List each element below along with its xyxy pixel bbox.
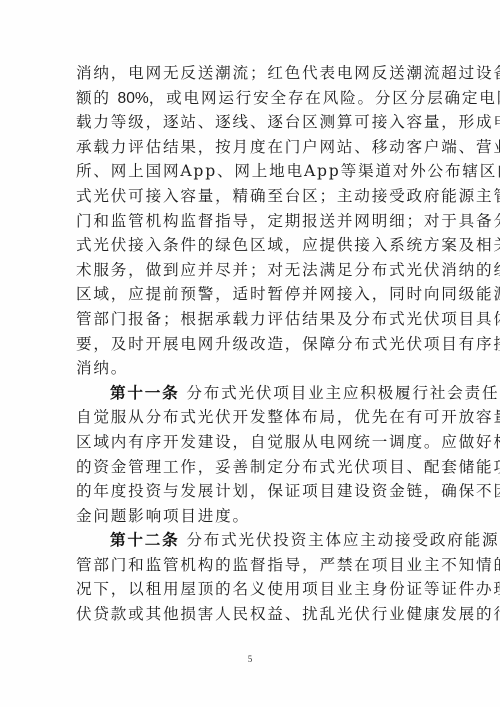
text-span: 额的 [76, 89, 118, 107]
article-12-heading: 第十二条 [110, 531, 180, 549]
text-line: 自觉服从分布式光伏开发整体布局，优先在有可开放容量的 [76, 405, 426, 430]
text-span: ，或电网运行安全存在风险。分区分层确定电网承 [149, 89, 500, 107]
text-line: 所、网上国网App、网上地电App等渠道对外公布辖区内分布 [76, 159, 426, 184]
text-line: 消纳。 [76, 356, 426, 381]
text-line: 门和监管机构监督指导，定期报送并网明细；对于具备分布 [76, 209, 426, 234]
text-span: 分布式光伏投资主体应主动接受政府能源主 [180, 531, 500, 549]
text-line: 管部门和监管机构的监督指导，严禁在项目业主不知情的情 [76, 553, 426, 578]
text-line: 区域，应提前预警，适时暂停并网接入，同时向同级能源主 [76, 282, 426, 307]
text-line: 式光伏接入条件的绿色区域，应提供接入系统方案及相关技 [76, 233, 426, 258]
article-11-first-line: 第十一条 分布式光伏项目业主应积极履行社会责任， [76, 381, 426, 406]
text-line: 伏贷款或其他损害人民权益、扰乱光伏行业健康发展的行为。 [76, 602, 426, 627]
text-line: 承载力评估结果，按月度在门户网站、移动客户端、营业场 [76, 135, 426, 160]
text-line: 额的 80%，或电网运行安全存在风险。分区分层确定电网承 [76, 86, 426, 111]
article-11-heading: 第十一条 [110, 384, 180, 402]
text-line: 金问题影响项目进度。 [76, 504, 426, 529]
text-line: 载力等级，逐站、逐线、逐台区测算可接入容量，形成电网 [76, 110, 426, 135]
body-text: 消纳，电网无反送潮流；红色代表电网反送潮流超过设备限 额的 80%，或电网运行安… [76, 61, 426, 627]
text-line: 术服务，做到应并尽并；对无法满足分布式光伏消纳的红色 [76, 258, 426, 283]
article-12-first-line: 第十二条 分布式光伏投资主体应主动接受政府能源主 [76, 528, 426, 553]
text-line: 区域内有序开发建设，自觉服从电网统一调度。应做好相应 [76, 430, 426, 455]
document-page: 消纳，电网无反送潮流；红色代表电网反送潮流超过设备限 额的 80%，或电网运行安… [0, 0, 500, 707]
text-line: 的资金管理工作，妥善制定分布式光伏项目、配套储能项目 [76, 455, 426, 480]
text-line: 要，及时开展电网升级改造，保障分布式光伏项目有序接网 [76, 332, 426, 357]
text-span: 分布式光伏项目业主应积极履行社会责任， [180, 384, 500, 402]
text-line: 消纳，电网无反送潮流；红色代表电网反送潮流超过设备限 [76, 61, 426, 86]
text-line: 况下，以租用屋顶的名义使用项目业主身份证等证件办理光 [76, 577, 426, 602]
text-line: 管部门报备；根据承载力评估结果及分布式光伏项目具体需 [76, 307, 426, 332]
page-number: 5 [244, 654, 256, 664]
text-line: 的年度投资与发展计划，保证项目建设资金链，确保不因资 [76, 479, 426, 504]
percentage-value: 80% [118, 90, 149, 107]
text-line: 式光伏可接入容量，精确至台区；主动接受政府能源主管部 [76, 184, 426, 209]
